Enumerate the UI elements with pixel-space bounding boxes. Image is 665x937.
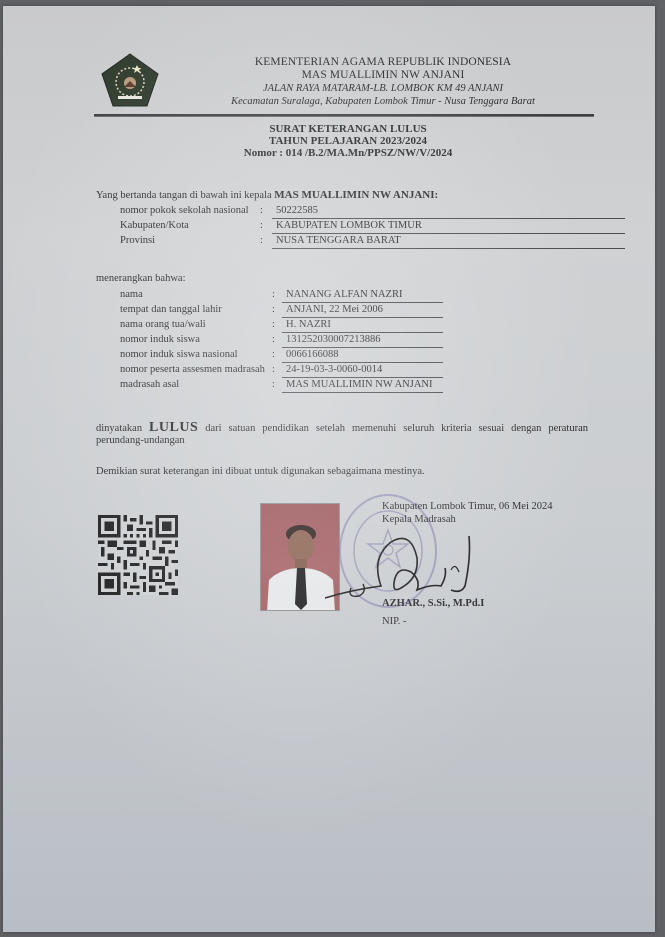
field-value: H. NAZRI	[282, 319, 443, 333]
field-colon: :	[260, 205, 263, 216]
field-colon: :	[272, 289, 275, 300]
field-colon: :	[272, 349, 275, 360]
letterhead: KEMENTERIAN AGAMA REPUBLIK INDONESIA MAS…	[163, 56, 603, 108]
graduation-statement: dinyatakan LULUS dari satuan pendidikan …	[96, 422, 588, 447]
field-label: madrasah asal	[120, 379, 179, 390]
intro-school: MAS MUALLIMIN NW ANJANI:	[274, 189, 438, 201]
title-heading: SURAT KETERANGAN LULUS	[153, 123, 543, 135]
field-value: 0066166088	[282, 349, 443, 363]
document-number: Nomor : 014 /B.2/MA.Mn/PPSZ/NW/V/2024	[153, 147, 543, 159]
school-name: MAS MUALLIMIN NW ANJANI	[163, 69, 603, 82]
signature-block: Kabupaten Lombok Timur, 06 Mei 2024 Kepa…	[382, 500, 553, 526]
document-title: SURAT KETERANGAN LULUS TAHUN PELAJARAN 2…	[153, 123, 543, 159]
statement-prefix: dinyatakan	[96, 423, 142, 434]
field-colon: :	[260, 235, 263, 246]
signer-name: AZHAR., S.Si., M.Pd.I	[382, 598, 484, 609]
field-value: MAS MUALLIMIN NW ANJANI	[282, 379, 443, 393]
field-label: nomor peserta assesmen madrasah	[120, 364, 265, 375]
closing-sentence: Demikian surat keterangan ini dibuat unt…	[96, 466, 425, 477]
field-colon: :	[272, 334, 275, 345]
field-label: nama	[120, 289, 143, 300]
place-date: Kabupaten Lombok Timur, 06 Mei 2024	[382, 500, 553, 513]
field-value: 131252030007213886	[282, 334, 443, 348]
field-value: 50222585	[272, 205, 625, 219]
intro-text: Yang bertanda tangan di bawah ini kepala	[96, 190, 272, 201]
signer-position: Kepala Madrasah	[382, 513, 553, 526]
ministry-name: KEMENTERIAN AGAMA REPUBLIK INDONESIA	[163, 56, 603, 69]
field-label: tempat dan tanggal lahir	[120, 304, 222, 315]
certificate-paper: KEMENTERIAN AGAMA REPUBLIK INDONESIA MAS…	[3, 6, 655, 932]
field-colon: :	[272, 319, 275, 330]
school-address: JALAN RAYA MATARAM-LB. LOMBOK KM 49 ANJA…	[163, 82, 603, 95]
ministry-emblem-icon	[100, 52, 160, 108]
field-label: nama orang tua/wali	[120, 319, 206, 330]
field-value: KABUPATEN LOMBOK TIMUR	[272, 220, 625, 234]
letterhead-divider	[94, 114, 594, 117]
field-value: NANANG ALFAN NAZRI	[282, 289, 443, 303]
title-year: TAHUN PELAJARAN 2023/2024	[153, 135, 543, 147]
menerangkan-label: menerangkan bahwa:	[96, 273, 186, 284]
signer-nip: NIP. -	[382, 616, 407, 627]
field-colon: :	[260, 220, 263, 231]
field-label: nomor induk siswa	[120, 334, 200, 345]
field-label: nomor induk siswa nasional	[120, 349, 238, 360]
field-label: nomor pokok sekolah nasional	[120, 205, 249, 216]
field-value: ANJANI, 22 Mei 2006	[282, 304, 443, 318]
intro-line: Yang bertanda tangan di bawah ini kepala…	[96, 189, 438, 201]
field-label: Provinsi	[120, 235, 155, 246]
school-region: Kecamatan Suralaga, Kabupaten Lombok Tim…	[163, 95, 603, 108]
field-label: Kabupaten/Kota	[120, 220, 189, 231]
field-colon: :	[272, 364, 275, 375]
field-colon: :	[272, 304, 275, 315]
field-colon: :	[272, 379, 275, 390]
field-value: 24-19-03-3-0060-0014	[282, 364, 443, 378]
qr-code-icon	[98, 515, 178, 595]
field-value: NUSA TENGGARA BARAT	[272, 235, 625, 249]
graduation-status: LULUS	[149, 420, 198, 435]
